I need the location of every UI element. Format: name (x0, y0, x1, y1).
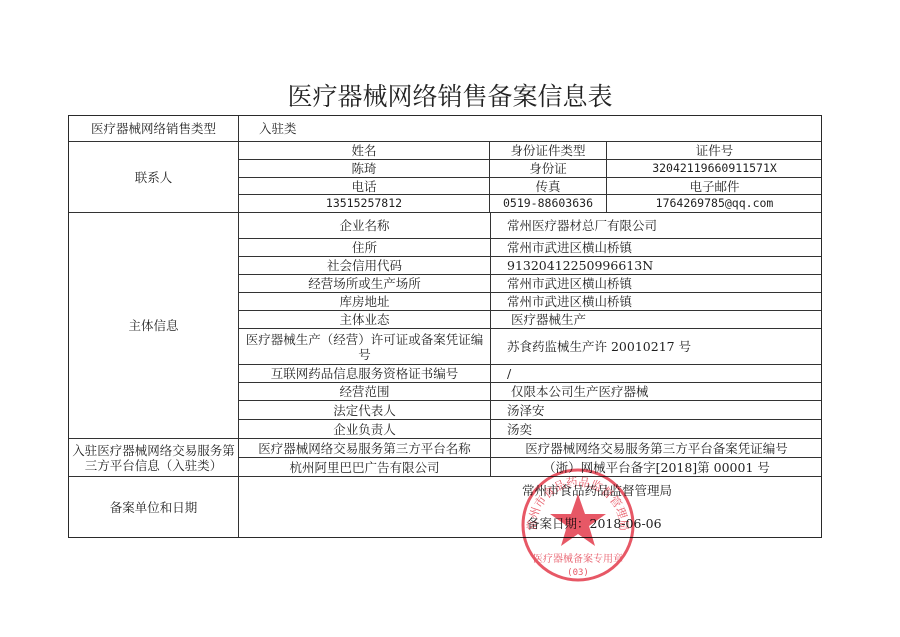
subject-row-value: 91320412250996613N (490, 256, 822, 274)
subject-row-value: 汤奕 (490, 419, 822, 438)
subject-row-label: 主体业态 (238, 310, 490, 328)
contact-email-header: 电子邮件 (606, 177, 822, 194)
subject-row-value: 常州市武进区横山桥镇 (490, 292, 822, 310)
platform-name-value: 杭州阿里巴巴广告有限公司 (238, 457, 490, 476)
page-title: 医疗器械网络销售备案信息表 (0, 80, 900, 114)
filing-section-label: 备案单位和日期 (68, 476, 238, 538)
contact-id-number-header: 证件号 (606, 141, 822, 159)
contact-id-number-value: 32042119660911571X (606, 159, 822, 177)
subject-row-label: 企业名称 (238, 212, 490, 238)
subject-row-value: 医疗器械生产 (490, 310, 822, 328)
subject-row-value: 苏食药监械生产许 20010217 号 (490, 328, 822, 364)
subject-row-value: / (490, 364, 822, 382)
official-seal-icon: 常州市食品药品监督管理局 医疗器械备案专用章 (03) (519, 466, 637, 584)
contact-name-header: 姓名 (238, 141, 489, 159)
filing-table: 医疗器械网络销售类型 入驻类 联系人 姓名 身份证件类型 证件号 陈琦 身份证 … (68, 115, 822, 538)
subject-row-label: 互联网药品信息服务资格证书编号 (238, 364, 490, 382)
platform-cert-header: 医疗器械网络交易服务第三方平台备案凭证编号 (490, 438, 822, 457)
subject-row-value: 常州医疗器材总厂有限公司 (490, 212, 822, 238)
subject-row-label: 库房地址 (238, 292, 490, 310)
platform-name-header: 医疗器械网络交易服务第三方平台名称 (238, 438, 490, 457)
subject-row-label: 法定代表人 (238, 400, 490, 419)
contact-fax-value: 0519-88603636 (489, 194, 606, 212)
subject-row-value: 常州市武进区横山桥镇 (490, 274, 822, 292)
subject-row-value: 常州市武进区横山桥镇 (490, 238, 822, 256)
contact-section-label: 联系人 (68, 141, 238, 212)
subject-row-value: 仅限本公司生产医疗器械 (490, 382, 822, 400)
subject-row-label: 经营范围 (238, 382, 490, 400)
subject-row-label: 住所 (238, 238, 490, 256)
platform-section-label: 入驻医疗器械网络交易服务第三方平台信息（入驻类） (68, 438, 238, 476)
subject-section-label: 主体信息 (68, 212, 238, 438)
contact-phone-header: 电话 (238, 177, 489, 194)
contact-phone-value: 13515257812 (238, 194, 489, 212)
subject-row-label: 经营场所或生产场所 (238, 274, 490, 292)
subject-row-label: 医疗器械生产（经营）许可证或备案凭证编号 (238, 328, 490, 364)
contact-id-type-header: 身份证件类型 (489, 141, 606, 159)
subject-row-label: 企业负责人 (238, 419, 490, 438)
contact-id-type-value: 身份证 (489, 159, 606, 177)
subject-row-value: 汤泽安 (490, 400, 822, 419)
sales-type-value: 入驻类 (238, 115, 822, 141)
contact-email-value: 1764269785@qq.com (606, 194, 822, 212)
seal-star-icon (550, 494, 606, 546)
sales-type-label: 医疗器械网络销售类型 (68, 115, 238, 141)
contact-name-value: 陈琦 (238, 159, 489, 177)
seal-code: (03) (567, 568, 589, 578)
contact-fax-header: 传真 (489, 177, 606, 194)
seal-bottom-text: 医疗器械备案专用章 (533, 552, 623, 565)
subject-row-label: 社会信用代码 (238, 256, 490, 274)
